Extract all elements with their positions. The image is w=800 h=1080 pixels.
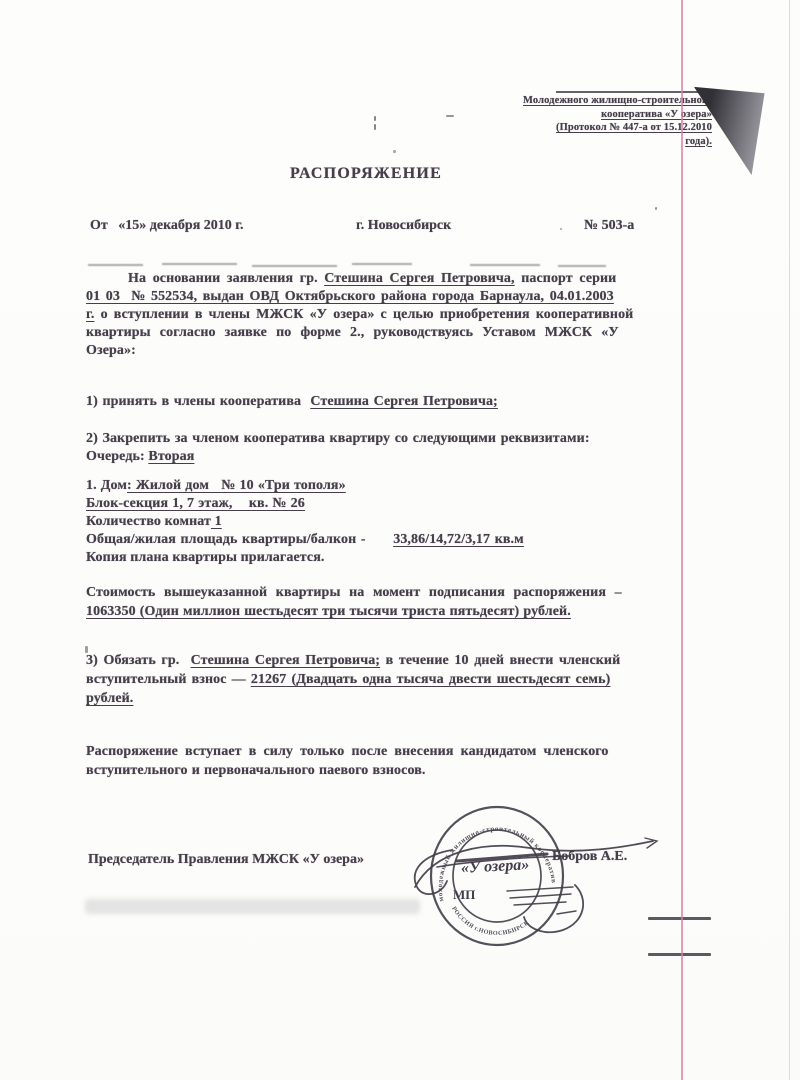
scan-artifact-dash: [352, 263, 412, 265]
underlined-text: 1: [211, 514, 222, 529]
document-line: 1. Дом: Жилой дом № 10 «Три тополя»: [86, 477, 664, 495]
scan-speck: [655, 207, 657, 210]
document-line: Озера»:: [86, 342, 664, 360]
underlined-text: Вторая: [148, 449, 194, 464]
scan-smudge: [85, 899, 420, 914]
document-line: Очередь: Вторая: [86, 448, 664, 466]
text: Распоряжение вступает в силу только посл…: [86, 744, 609, 759]
scan-speck: [446, 115, 454, 117]
text: 1. Дом: [86, 478, 127, 493]
document-city: г. Новосибирск: [356, 218, 451, 234]
text: Очередь:: [86, 449, 148, 464]
document-number: № 503-а: [584, 218, 634, 234]
document-line: На основании заявления гр. Стешина Серге…: [86, 270, 706, 288]
document-line: Общая/жилая площадь квартиры/балкон - 33…: [86, 531, 664, 549]
document-line: квартиры согласно заявке по форме 2., ру…: [86, 324, 664, 342]
text: Копия плана квартиры прилагается.: [86, 550, 325, 565]
document-line: рублей.: [86, 690, 664, 708]
text: Общая/жилая площадь квартиры/балкон -: [86, 532, 393, 547]
header-overline: [556, 91, 713, 93]
scan-speck: [393, 150, 396, 153]
scan-artifact-dash: [558, 265, 606, 267]
signature-role: Председатель Правления МЖСК «У озера»: [88, 852, 364, 868]
scan-artifact-dash: [252, 265, 337, 267]
document-date: От «15» декабря 2010 г.: [90, 218, 244, 234]
scan-artifact-bar: [648, 953, 711, 956]
text: Озера»:: [86, 343, 136, 358]
text: в течение 10 дней внести членский: [380, 653, 620, 668]
document-line: 1) принять в члены кооператива Стешина С…: [86, 393, 664, 411]
scan-artifact-dash: [470, 264, 540, 266]
page-edge-line: [789, 0, 790, 1080]
text: Стоимость вышеуказанной квартиры на моме…: [86, 585, 622, 600]
scanned-document-page: Молодежного жилищно-строительногокоопера…: [0, 0, 800, 1080]
underlined-text: Блок-секция 1, 7 этаж, кв. № 26: [86, 496, 305, 511]
underlined-text: 33,86/14,72/3,17 кв.м: [393, 532, 524, 547]
document-line: Стоимость вышеуказанной квартиры на моме…: [86, 584, 664, 602]
round-stamp: молодежный жилищно-строительный кооперат…: [395, 775, 675, 985]
text: паспорт серии: [515, 271, 617, 286]
text: 1) принять в члены кооператива: [86, 394, 310, 409]
scan-speck: [85, 646, 88, 653]
text: квартиры согласно заявке по форме 2., ру…: [86, 325, 619, 340]
document-line: 1063350 (Один миллион шестьдесят три тыс…: [86, 603, 664, 621]
header-note: Молодежного жилищно-строительногокоопера…: [430, 94, 712, 148]
text: 2) Закрепить за членом кооператива кварт…: [86, 431, 590, 446]
scan-speck: [374, 124, 376, 130]
document-line: Распоряжение вступает в силу только посл…: [86, 743, 664, 761]
document-line: Копия плана квартиры прилагается.: [86, 549, 664, 567]
scan-speck: [560, 228, 562, 230]
document-line: г. о вступлении в члены МЖСК «У озера» с…: [86, 306, 664, 324]
underlined-text: 01 03 № 552534, выдан ОВД Октябрьского р…: [86, 289, 614, 304]
underlined-text: : Жилой дом № 10 «Три тополя»: [127, 478, 346, 493]
document-line: вступительный взнос — 21267 (Двадцать од…: [86, 671, 664, 689]
underlined-text: 1063350 (Один миллион шестьдесят три тыс…: [86, 604, 571, 619]
underlined-text: Стешина Сергея Петровича;: [310, 394, 497, 409]
scanner-pink-line: [681, 0, 683, 1080]
header-note-line: года).: [430, 135, 712, 149]
document-line: 2) Закрепить за членом кооператива кварт…: [86, 430, 664, 448]
header-note-line: (Протокол № 447-а от 15.12.2010: [430, 121, 712, 135]
text: о вступлении в члены МЖСК «У озера» с це…: [94, 307, 633, 322]
text: вступительный взнос —: [86, 672, 251, 687]
scan-artifact-dash: [88, 264, 143, 266]
text: Количество комнат: [86, 514, 211, 529]
header-note-line: кооператива «У озера»: [430, 108, 712, 122]
document-line: 3) Обязать гр. Стешина Сергея Петровича;…: [86, 652, 664, 670]
underlined-text: рублей.: [86, 691, 133, 706]
scan-artifact-bar: [648, 917, 711, 920]
text: 3) Обязать гр.: [86, 653, 191, 668]
header-note-line: Молодежного жилищно-строительного: [430, 94, 712, 108]
underlined-text: Стешина Сергея Петровича,: [324, 271, 514, 286]
scan-speck: [374, 116, 376, 121]
text: вступительного и первоначального паевого…: [86, 763, 425, 778]
underlined-text: 21267 (Двадцать одна тысяча двести шесть…: [251, 672, 610, 687]
document-line: 01 03 № 552534, выдан ОВД Октябрьского р…: [86, 288, 664, 306]
scan-artifact-dash: [162, 263, 237, 265]
text: На основании заявления гр.: [128, 271, 324, 286]
stamp-mp-text: МП: [453, 887, 475, 902]
document-title: РАСПОРЯЖЕНИЕ: [86, 165, 646, 183]
document-line: Количество комнат 1: [86, 513, 664, 531]
underlined-text: Стешина Сергея Петровича;: [191, 653, 380, 668]
document-line: Блок-секция 1, 7 этаж, кв. № 26: [86, 495, 664, 513]
